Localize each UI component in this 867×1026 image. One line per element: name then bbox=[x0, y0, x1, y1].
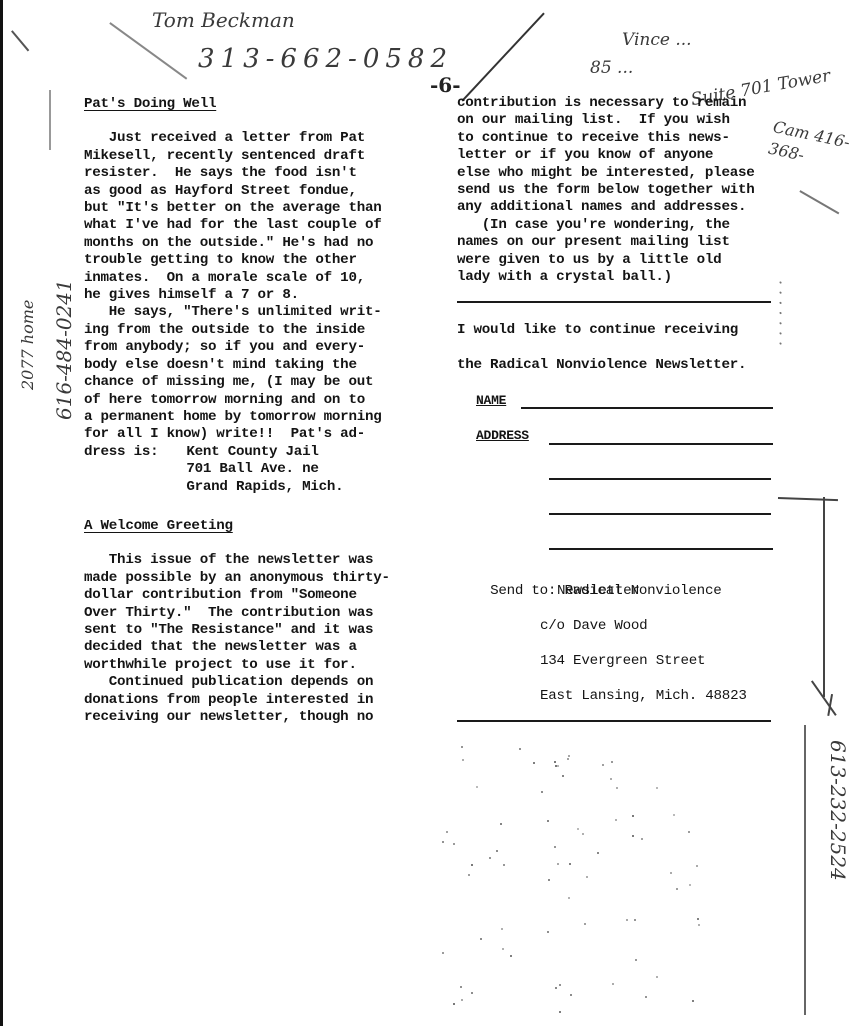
noise-speck bbox=[476, 786, 478, 788]
noise-speck bbox=[568, 897, 570, 899]
left-column: Pat's Doing Well Just received a letter … bbox=[84, 96, 424, 726]
form-intro-line2: the Radical Nonviolence Newsletter. bbox=[457, 357, 746, 374]
text-line: This issue of the newsletter was bbox=[84, 552, 424, 569]
noise-speck bbox=[569, 863, 571, 865]
noise-speck bbox=[570, 994, 572, 996]
text-line: trouble getting to know the other bbox=[84, 252, 424, 269]
text-line: Over Thirty." The contribution was bbox=[84, 605, 424, 622]
margin-arrow-mark bbox=[11, 30, 29, 51]
address-line: 701 Ball Ave. ne bbox=[186, 461, 343, 478]
noise-speck bbox=[656, 787, 658, 789]
arrow-shaft bbox=[823, 497, 825, 697]
paragraph-continuation: contribution is necessary to remainon ou… bbox=[457, 95, 787, 217]
margin-vertical-rule bbox=[804, 725, 806, 1015]
noise-speck bbox=[567, 758, 569, 760]
noise-speck bbox=[697, 918, 699, 920]
section-title-pats-doing-well: Pat's Doing Well bbox=[84, 96, 424, 113]
form-intro-line1: I would like to continue receiving bbox=[457, 322, 738, 339]
noise-speck bbox=[501, 928, 503, 930]
noise-speck bbox=[471, 864, 473, 866]
noise-speck bbox=[489, 857, 491, 859]
noise-speck bbox=[547, 931, 549, 933]
margin-mark bbox=[49, 90, 51, 150]
noise-speck bbox=[568, 755, 570, 757]
send-to-org-line2: Newsletter bbox=[557, 583, 640, 600]
noise-speck bbox=[468, 874, 470, 876]
noise-speck bbox=[554, 846, 556, 848]
noise-speck bbox=[562, 775, 564, 777]
section-title-welcome-greeting: A Welcome Greeting bbox=[84, 518, 424, 535]
handwritten-right-vertical-phone: 613-232-2524 bbox=[826, 740, 850, 881]
noise-speck bbox=[519, 748, 521, 750]
noise-speck bbox=[460, 986, 462, 988]
paragraph-welcome: This issue of the newsletter wasmade pos… bbox=[84, 552, 424, 674]
noise-speck bbox=[471, 992, 473, 994]
text-line: send us the form below together with bbox=[457, 182, 787, 199]
noise-speck bbox=[446, 831, 448, 833]
noise-speck bbox=[641, 838, 643, 840]
text-line: Mikesell, recently sentenced draft bbox=[84, 148, 424, 165]
text-line: chance of missing me, (I may be out bbox=[84, 374, 424, 391]
text-line: as good as Hayford Street fondue, bbox=[84, 183, 424, 200]
handwritten-right-vertical-faint: · · · · · · · bbox=[771, 280, 790, 346]
noise-speck bbox=[632, 815, 634, 817]
send-to-city: East Lansing, Mich. 48823 bbox=[540, 688, 747, 705]
noise-speck bbox=[453, 843, 455, 845]
noise-speck bbox=[673, 814, 675, 816]
noise-speck bbox=[688, 831, 690, 833]
noise-speck bbox=[541, 791, 543, 793]
address-label: dress is: bbox=[84, 444, 158, 496]
handwritten-left-vertical-phone: 616-484-0241 bbox=[52, 279, 76, 420]
text-line: donations from people interested in bbox=[84, 692, 424, 709]
noise-speck bbox=[616, 787, 618, 789]
text-line: made possible by an anonymous thirty- bbox=[84, 570, 424, 587]
noise-speck bbox=[442, 841, 444, 843]
noise-speck bbox=[502, 948, 504, 950]
noise-speck bbox=[503, 864, 505, 866]
noise-speck bbox=[689, 884, 691, 886]
noise-speck bbox=[634, 919, 636, 921]
text-line: what I've had for the last couple of bbox=[84, 217, 424, 234]
noise-speck bbox=[557, 863, 559, 865]
noise-speck bbox=[555, 765, 557, 767]
address-field-line2[interactable] bbox=[549, 478, 771, 480]
noise-speck bbox=[480, 938, 482, 940]
handwritten-name: Tom Beckman bbox=[152, 8, 295, 32]
address-line: Grand Rapids, Mich. bbox=[186, 479, 343, 496]
text-line: from anybody; so if you and every- bbox=[84, 339, 424, 356]
text-line: to continue to receive this news- bbox=[457, 130, 787, 147]
handwritten-contact-line2: 85 ... bbox=[590, 58, 633, 78]
noise-speck bbox=[698, 924, 700, 926]
text-line: else who might be interested, please bbox=[457, 165, 787, 182]
handwritten-contact-line1: Vince ... bbox=[622, 30, 692, 50]
text-line: lady with a crystal ball.) bbox=[457, 269, 787, 286]
noise-speck bbox=[676, 888, 678, 890]
handwritten-slash bbox=[461, 12, 544, 101]
noise-speck bbox=[696, 865, 698, 867]
noise-speck bbox=[692, 1000, 694, 1002]
noise-speck bbox=[559, 1011, 561, 1013]
paragraph-pat-says: He says, "There's unlimited writ-ing fro… bbox=[84, 304, 424, 443]
noise-speck bbox=[656, 976, 658, 978]
handwritten-dash bbox=[800, 190, 840, 214]
text-line: body else doesn't mind taking the bbox=[84, 357, 424, 374]
noise-speck bbox=[547, 820, 549, 822]
text-line: decided that the newsletter was a bbox=[84, 639, 424, 656]
arrow-head-right bbox=[827, 694, 832, 716]
text-line: contribution is necessary to remain bbox=[457, 95, 787, 112]
noise-speck bbox=[626, 919, 628, 921]
paragraph-aside: (In case you're wondering, thenames on o… bbox=[457, 217, 787, 287]
noise-speck bbox=[611, 761, 613, 763]
noise-speck bbox=[645, 996, 647, 998]
text-line: he gives himself a 7 or 8. bbox=[84, 287, 424, 304]
noise-speck bbox=[554, 761, 556, 763]
text-line: of here tomorrow morning and on to bbox=[84, 392, 424, 409]
handwritten-phone: 313-662-0582 bbox=[198, 44, 453, 74]
noise-speck bbox=[597, 852, 599, 854]
noise-speck bbox=[632, 835, 634, 837]
text-line: ing from the outside to the inside bbox=[84, 322, 424, 339]
noise-speck bbox=[610, 778, 612, 780]
page-number: -6- bbox=[430, 73, 461, 97]
noise-speck bbox=[670, 872, 672, 874]
noise-speck bbox=[557, 765, 559, 767]
paragraph-continued-publication: Continued publication depends ondonation… bbox=[84, 674, 424, 726]
text-line: for all I know) write!! Pat's ad- bbox=[84, 426, 424, 443]
address-field-line4[interactable] bbox=[549, 548, 773, 550]
handwritten-left-vertical-note: 2077 home bbox=[18, 300, 37, 390]
noise-speck bbox=[584, 923, 586, 925]
jail-address-block: dress is: Kent County Jail701 Ball Ave. … bbox=[84, 444, 424, 496]
send-to-label: Send to: bbox=[490, 583, 556, 599]
form-divider-top bbox=[457, 301, 771, 303]
noise-speck bbox=[577, 828, 579, 830]
address-field-line1[interactable] bbox=[549, 443, 773, 445]
text-line: any additional names and addresses. bbox=[457, 199, 787, 216]
noise-speck bbox=[555, 987, 557, 989]
paragraph-pat-letter: Just received a letter from PatMikesell,… bbox=[84, 130, 424, 304]
send-to-street: 134 Evergreen Street bbox=[540, 653, 705, 670]
noise-speck bbox=[612, 983, 614, 985]
text-line: dollar contribution from "Someone bbox=[84, 587, 424, 604]
noise-speck bbox=[500, 823, 502, 825]
text-line: inmates. On a morale scale of 10, bbox=[84, 270, 424, 287]
noise-speck bbox=[635, 959, 637, 961]
right-column: contribution is necessary to remainon ou… bbox=[457, 95, 787, 286]
scan-edge bbox=[0, 0, 3, 1026]
name-label: NAME bbox=[476, 392, 506, 409]
handwritten-cross-mark bbox=[778, 497, 838, 501]
text-line: (In case you're wondering, the bbox=[457, 217, 787, 234]
jail-address: Kent County Jail701 Ball Ave. neGrand Ra… bbox=[186, 444, 343, 496]
text-line: resister. He says the food isn't bbox=[84, 165, 424, 182]
noise-speck bbox=[533, 762, 535, 764]
text-line: Continued publication depends on bbox=[84, 674, 424, 691]
noise-speck bbox=[461, 746, 463, 748]
text-line: Just received a letter from Pat bbox=[84, 130, 424, 147]
noise-speck bbox=[453, 1003, 455, 1005]
address-label: ADDRESS bbox=[476, 427, 529, 444]
noise-speck bbox=[442, 952, 444, 954]
noise-speck bbox=[559, 984, 561, 986]
text-line: months on the outside." He's had no bbox=[84, 235, 424, 252]
noise-speck bbox=[462, 759, 464, 761]
document-page: Tom Beckman 313-662-0582 -6- Vince ... 8… bbox=[0, 0, 867, 1026]
noise-speck bbox=[461, 999, 463, 1001]
noise-speck bbox=[548, 879, 550, 881]
text-line: on our mailing list. If you wish bbox=[457, 112, 787, 129]
text-line: He says, "There's unlimited writ- bbox=[84, 304, 424, 321]
text-line: were given to us by a little old bbox=[457, 252, 787, 269]
text-line: sent to "The Resistance" and it was bbox=[84, 622, 424, 639]
text-line: receiving our newsletter, though no bbox=[84, 709, 424, 726]
noise-speck bbox=[496, 850, 498, 852]
noise-speck bbox=[582, 833, 584, 835]
address-field-line3[interactable] bbox=[549, 513, 771, 515]
address-line: Kent County Jail bbox=[186, 444, 343, 461]
noise-speck bbox=[602, 764, 604, 766]
noise-speck bbox=[510, 955, 512, 957]
noise-speck bbox=[586, 876, 588, 878]
noise-speck bbox=[615, 819, 617, 821]
text-line: but "It's better on the average than bbox=[84, 200, 424, 217]
text-line: names on our present mailing list bbox=[457, 234, 787, 251]
form-divider-bottom bbox=[457, 720, 771, 722]
name-field[interactable] bbox=[521, 407, 773, 409]
text-line: letter or if you know of anyone bbox=[457, 147, 787, 164]
send-to-care-of: c/o Dave Wood bbox=[540, 618, 647, 635]
text-line: a permanent home by tomorrow morning bbox=[84, 409, 424, 426]
text-line: worthwhile project to use it for. bbox=[84, 657, 424, 674]
